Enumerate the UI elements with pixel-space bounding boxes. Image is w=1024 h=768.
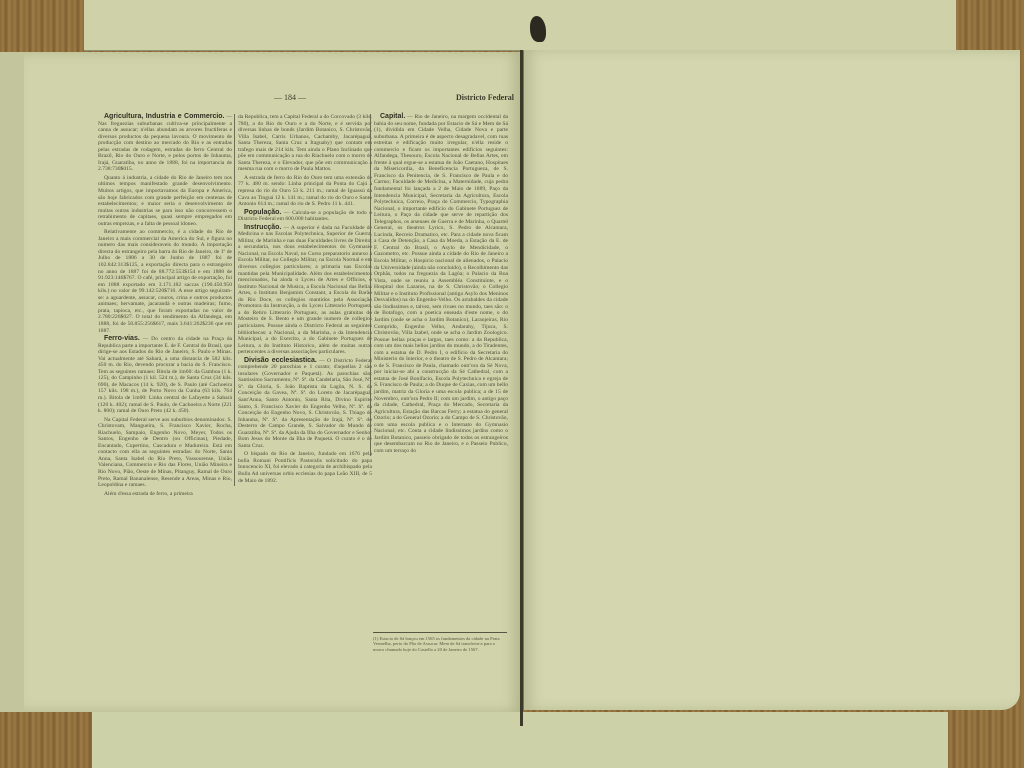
section-heading: Divisão ecclesiastica. — [244, 357, 317, 364]
paragraph: da Republica, tem a Capital Federal a do… — [238, 114, 372, 173]
text-column-2: da Republica, tem a Capital Federal a do… — [234, 114, 372, 486]
page-number: — 184 — — [274, 93, 306, 102]
left-page: — 184 — Districto Federal Agricultura, I… — [24, 52, 522, 712]
paragraph: O bispado do Rio de Janeiro, fundado em … — [238, 451, 372, 484]
paragraph: Capital. — Rio de Janeiro, na margem occ… — [374, 114, 508, 454]
section-heading: Ferro-vias. — [104, 335, 140, 342]
paragraph: Divisão ecclesiastica. — O Districto Fed… — [238, 358, 372, 450]
paragraph: Ferro-vias. — Do centro da cidade na Pra… — [98, 336, 232, 415]
footnote: (1) Estacio de Sá lançou em 1565 os fund… — [373, 636, 507, 652]
paragraph: População. — Calcula-se a população de t… — [238, 210, 372, 223]
text-column-3: Capital. — Rio de Janeiro, na margem occ… — [370, 114, 508, 456]
running-title: Districto Federal — [456, 93, 514, 102]
paragraph: Agricultura, Industria e Commercio. — Na… — [98, 114, 232, 173]
back-sheet — [84, 0, 956, 51]
paragraph: A estrada de ferro do Rio do Ouro tem um… — [238, 175, 372, 208]
book-spread: — 184 — Districto Federal Agricultura, I… — [8, 50, 1022, 712]
running-head: — 184 — Districto Federal — [274, 93, 514, 105]
paragraph: Instrucção. — A superior é dada na Facul… — [238, 225, 372, 356]
section-heading: Instrucção. — [244, 224, 281, 231]
right-page-blank — [524, 50, 1020, 710]
section-heading: População. — [244, 209, 281, 216]
book-gutter — [520, 50, 523, 726]
paragraph: Relativamente ao commercio, é a cidade d… — [98, 229, 232, 334]
paragraph: Na Capital Federal serve aos suburbios d… — [98, 417, 232, 489]
footnote-divider — [373, 632, 507, 633]
paragraph: Além d'essa estrada de ferro, a primeira — [98, 491, 232, 498]
paragraph: Quanto á industria, a cidade do Rio de J… — [98, 175, 232, 227]
text-column-1: Agricultura, Industria e Commercio. — Na… — [98, 114, 232, 499]
section-heading: Agricultura, Industria e Commercio. — [104, 113, 225, 120]
section-heading: Capital. — [380, 113, 405, 120]
